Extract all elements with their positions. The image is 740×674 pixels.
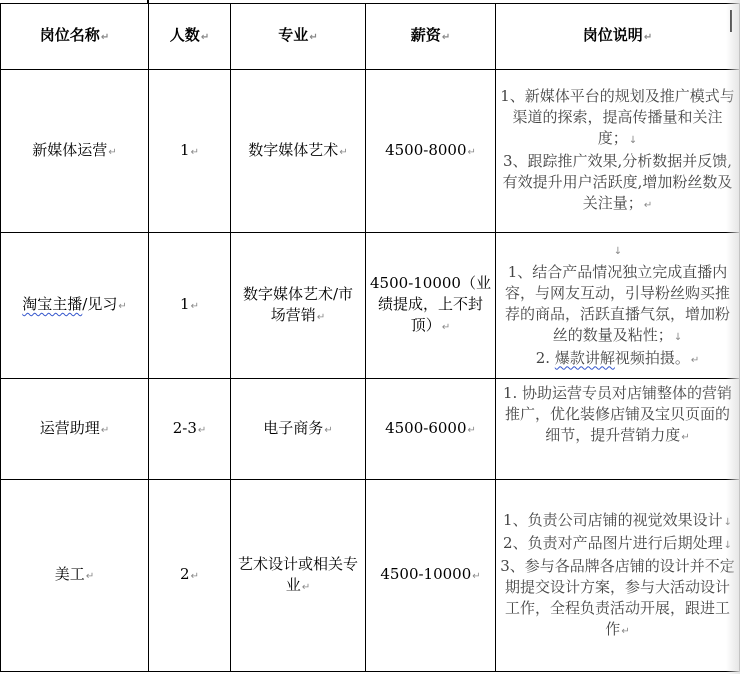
line-break-icon: ↓ [629,135,637,146]
job-positions-table: 岗位名称↵ 人数↵ 专业↵ 薪资↵ 岗位说明↵ 新媒体运营↵ 1↵ 数字媒体艺术… [0,3,740,672]
paragraph-mark-icon: ↵ [101,32,109,43]
cell-description: ↓ 1、结合产品情况独立完成直播内容，与网友互动，引导粉丝购买推荐的商品，活跃直… [496,233,740,379]
cell-salary: 4500-10000↵ [366,480,496,672]
paragraph-mark-icon: ↵ [324,425,332,436]
header-salary: 薪资↵ [366,4,496,70]
spellcheck-underline: 爆款讲解 [555,349,615,367]
paragraph-mark-icon: ↵ [468,425,476,436]
line-break-icon: ↓ [724,540,732,551]
paragraph-mark-icon: ↵ [309,32,317,43]
paragraph-mark-icon: ↵ [317,312,325,323]
table-row: 淘宝主播/见习↵ 1↵ 数字媒体艺术/市场营销↵ 4500-10000（业绩提成… [1,233,740,379]
cell-headcount: 2↵ [149,480,231,672]
cell-salary: 4500-10000（业绩提成，上不封顶）↵ [366,233,496,379]
paragraph-mark-icon: ↵ [198,425,206,436]
paragraph-mark-icon: ↵ [442,322,450,333]
header-major: 专业↵ [231,4,366,70]
paragraph-mark-icon: ↵ [691,355,699,366]
paragraph-mark-icon: ↵ [681,432,689,443]
paragraph-mark-icon: ↵ [86,571,94,582]
cell-position: 运营助理↵ [1,379,149,480]
paragraph-mark-icon: ↵ [201,32,209,43]
cell-description: 1、负责公司店铺的视觉效果设计↓ 2、负责对产品图片进行后期处理↓ 3、参与各品… [496,480,740,672]
cell-major: 电子商务↵ [231,379,366,480]
paragraph-mark-icon: ↵ [118,301,126,312]
cell-position: 美工↵ [1,480,149,672]
paragraph-mark-icon: ↵ [472,571,480,582]
cell-headcount: 2-3↵ [149,379,231,480]
paragraph-mark-icon: ↵ [191,571,199,582]
cell-headcount: 1↵ [149,233,231,379]
table-row: 运营助理↵ 2-3↵ 电子商务↵ 4500-6000↵ 1. 协助运营专员对店铺… [1,379,740,480]
spellcheck-underline: 淘宝主播 [22,295,82,313]
paragraph-mark-icon: ↵ [339,147,347,158]
cell-description: 1. 协助运营专员对店铺整体的营销推广，优化装修店铺及宝贝页面的细节，提升营销力… [496,379,740,480]
paragraph-mark-icon: ↵ [191,301,199,312]
cell-description: 1、新媒体平台的规划及推广模式与渠道的探索，提高传播量和关注度；↓ 3、跟踪推广… [496,70,740,233]
cell-position: 淘宝主播/见习↵ [1,233,149,379]
paragraph-mark-icon: ↵ [644,200,652,211]
table-row: 美工↵ 2↵ 艺术设计或相关专业↵ 4500-10000↵ 1、负责公司店铺的视… [1,480,740,672]
line-break-icon: ↓ [674,332,682,343]
cell-headcount: 1↵ [149,70,231,233]
header-position: 岗位名称↵ [1,4,149,70]
paragraph-mark-icon: ↵ [302,582,310,593]
cell-major: 数字媒体艺术↵ [231,70,366,233]
paragraph-mark-icon: ↵ [101,425,109,436]
header-headcount: 人数↵ [149,4,231,70]
paragraph-mark-icon: ↵ [442,32,450,43]
cell-major: 数字媒体艺术/市场营销↵ [231,233,366,379]
paragraph-mark-icon: ↵ [468,147,476,158]
paragraph-mark-icon: ↵ [644,32,652,43]
cell-major: 艺术设计或相关专业↵ [231,480,366,672]
cell-position: 新媒体运营↵ [1,70,149,233]
cell-salary: 4500-6000↵ [366,379,496,480]
table-row: 新媒体运营↵ 1↵ 数字媒体艺术↵ 4500-8000↵ 1、新媒体平台的规划及… [1,70,740,233]
table-header-row: 岗位名称↵ 人数↵ 专业↵ 薪资↵ 岗位说明↵ [1,4,740,70]
line-break-icon: ↓ [501,241,735,262]
paragraph-mark-icon: ↵ [191,147,199,158]
line-break-icon: ↓ [724,517,732,528]
paragraph-mark-icon: ↵ [108,147,116,158]
cell-salary: 4500-8000↵ [366,70,496,233]
paragraph-mark-icon: ↵ [621,626,629,637]
header-description: 岗位说明↵ [496,4,740,70]
